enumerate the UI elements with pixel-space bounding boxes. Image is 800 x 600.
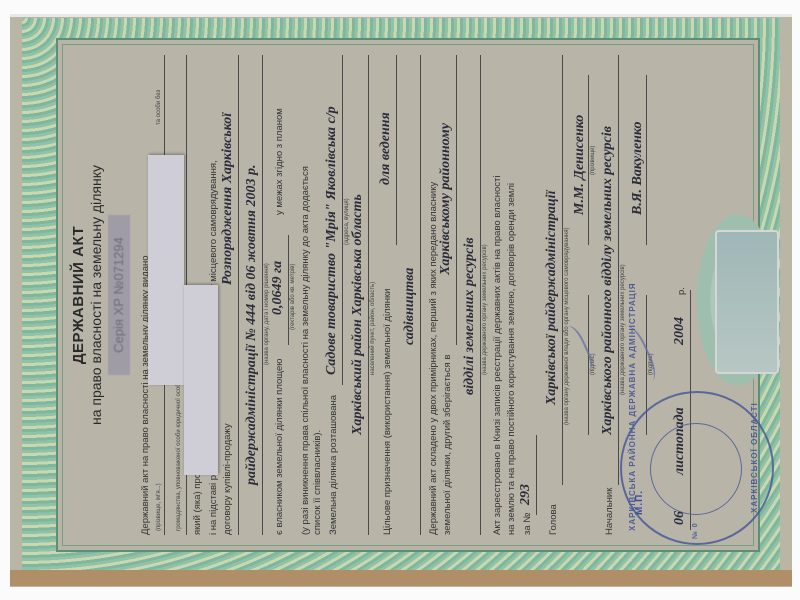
head1-name-hint: (прізвище) bbox=[590, 146, 596, 175]
head1-label: Голова bbox=[548, 475, 559, 535]
purpose-handwriting-2: садівництва bbox=[402, 268, 418, 345]
date-year: 2004 bbox=[672, 317, 688, 345]
head2-org-line bbox=[618, 55, 619, 485]
copies-line-1 bbox=[456, 55, 457, 345]
redaction-owner bbox=[148, 155, 184, 385]
owner-hint-right: та особи без bbox=[156, 90, 162, 125]
purpose-line-2 bbox=[420, 55, 421, 535]
table-surface bbox=[10, 570, 792, 586]
official-stamp: ХАРКІВСЬКА РАЙОННА ДЕРЖАВНА АДМІНІСТРАЦІ… bbox=[620, 391, 774, 545]
location-line-2 bbox=[368, 55, 369, 535]
location-line-1 bbox=[342, 55, 343, 385]
area-value: 0,0649 га bbox=[270, 261, 286, 315]
document-subtitle: на право власності на земельну ділянку bbox=[88, 45, 104, 545]
area-suffix: у межах згідно з планом bbox=[274, 55, 285, 215]
purpose-line-1 bbox=[396, 55, 397, 245]
series-number: Серія ХР №071294 bbox=[108, 215, 130, 375]
head1-org-line bbox=[562, 55, 563, 485]
location-handwriting-1: Садове товариство "Мрія" Яковлівська с/р bbox=[324, 106, 340, 375]
stamp-inner-ring bbox=[650, 423, 742, 515]
copies-handwriting-2: відділі земельних ресурсів bbox=[462, 238, 478, 395]
stamp-outer-text: ХАРКІВСЬКА РАЙОННА ДЕРЖАВНА АДМІНІСТРАЦІ… bbox=[628, 282, 637, 531]
document-content: ДЕРЖАВНИЙ АКТ на право власності на земе… bbox=[60, 45, 760, 545]
head2-label: Начальник bbox=[604, 475, 615, 535]
redaction-address bbox=[184, 285, 218, 475]
head2-name: В.Я. Вакуленко bbox=[630, 122, 646, 216]
register-number: 293 bbox=[518, 484, 534, 505]
decision-handwriting-1: Розпорядження Харківської bbox=[220, 113, 236, 285]
stamp-code: № 0 bbox=[692, 522, 699, 539]
register-text-2: на землю та на право постійного користув… bbox=[506, 55, 517, 535]
document-title: ДЕРЖАВНИЙ АКТ bbox=[70, 45, 87, 545]
head2-name-line bbox=[646, 75, 647, 245]
joint-text-2: список її співвласників). bbox=[312, 55, 323, 535]
area-line bbox=[288, 235, 289, 345]
head2-org: Харківського районного відділу земельних… bbox=[600, 126, 616, 435]
stamp-inner-text: ХАРКІВСЬКОЇ ОБЛАСТІ bbox=[750, 402, 759, 513]
purpose-handwriting-1: для ведення bbox=[378, 112, 394, 185]
decision-line-1 bbox=[238, 55, 239, 535]
date-suffix: р. bbox=[676, 275, 687, 295]
copies-handwriting-1: Харківському районному bbox=[438, 123, 454, 275]
location-handwriting-2: Харківський район Харківська область bbox=[350, 194, 366, 435]
decision-line-2 bbox=[262, 55, 263, 535]
location-hint-2: населений пункт, район, область) bbox=[370, 282, 376, 375]
register-text-1: Акт зареєстровано в Книзі записів реєстр… bbox=[492, 55, 503, 535]
register-line bbox=[536, 435, 537, 515]
copies-hint: (назва державного органу земельних ресур… bbox=[482, 244, 488, 375]
owner-hint: (прізвище, ім'я...) bbox=[156, 483, 162, 531]
copies-line-2 bbox=[480, 55, 481, 535]
joint-text-1: (у разі виникнення права спільної власно… bbox=[300, 55, 311, 535]
decision-handwriting-2: райдержадміністрації № 444 від 06 жовтня… bbox=[244, 164, 260, 485]
head1-org: Харківської райдержадміністрації bbox=[544, 191, 560, 405]
area-hint: (гектарів або кв. метрів) bbox=[290, 264, 296, 330]
citizenship-hint: громадянства, уповноваженої особи юридич… bbox=[176, 380, 182, 531]
head1-name-line bbox=[588, 75, 589, 245]
head1-name: М.М. Денисенко bbox=[572, 115, 588, 215]
